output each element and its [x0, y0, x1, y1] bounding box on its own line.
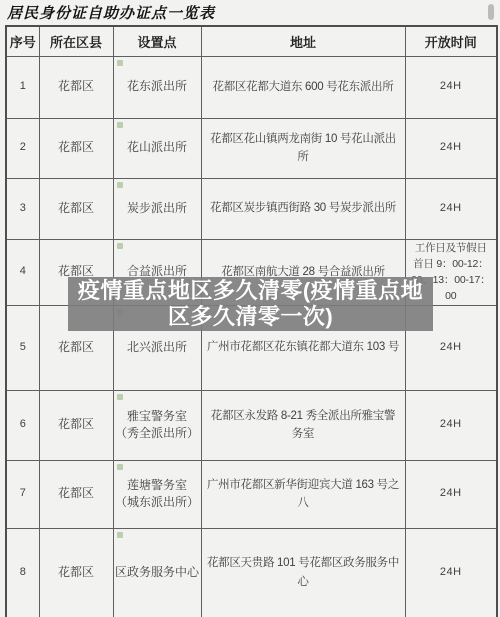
cell-no: 2: [6, 118, 39, 178]
cell-district: 花都区: [39, 390, 113, 460]
watermark-line-1: 疫情重点地区多久清零(疫情重点地: [78, 278, 423, 304]
cell-no: 1: [6, 56, 39, 118]
cell-hours: 24H: [405, 56, 497, 118]
header-hours: 开放时间: [405, 26, 497, 56]
cell-marker-icon: [117, 464, 123, 470]
cell-site-text: 莲塘警务室 （城东派出所）: [115, 478, 199, 509]
scrollbar-thumb-icon[interactable]: [488, 4, 494, 20]
cell-site: 炭步派出所: [113, 178, 201, 239]
cell-hours: 24H: [405, 460, 497, 528]
cell-no: 8: [6, 528, 39, 617]
header-no: 序号: [6, 26, 39, 56]
watermark-line-2: 区多久清零一次): [168, 304, 333, 330]
cell-hours: 24H: [405, 118, 497, 178]
cell-site: 雅宝警务室 （秀全派出所）: [113, 390, 201, 460]
header-site: 设置点: [113, 26, 201, 56]
cell-marker-icon: [117, 122, 123, 128]
cell-site-text: 区政务服务中心: [115, 565, 199, 579]
table-header-row: 序号 所在区县 设置点 地址 开放时间: [6, 26, 497, 56]
table-row: 3 花都区 炭步派出所 花都区炭步镇西街路 30 号炭步派出所 24H: [6, 178, 497, 239]
cell-district: 花都区: [39, 56, 113, 118]
cell-no: 4: [6, 239, 39, 305]
header-district: 所在区县: [39, 26, 113, 56]
cell-site: 花东派出所: [113, 56, 201, 118]
cell-marker-icon: [117, 532, 123, 538]
cell-marker-icon: [117, 243, 123, 249]
cell-hours: 24H: [405, 390, 497, 460]
cell-site: 莲塘警务室 （城东派出所）: [113, 460, 201, 528]
table-row: 6 花都区 雅宝警务室 （秀全派出所） 花都区永发路 8-21 秀全派出所雅宝警…: [6, 390, 497, 460]
cell-address: 广州市花都区新华街迎宾大道 163 号之 八: [201, 460, 405, 528]
cell-address: 花都区天贵路 101 号花都区政务服务中 心: [201, 528, 405, 617]
cell-marker-icon: [117, 182, 123, 188]
cell-district: 花都区: [39, 528, 113, 617]
header-address: 地址: [201, 26, 405, 56]
cell-hours: 24H: [405, 178, 497, 239]
cell-site-text: 雅宝警务室 （秀全派出所）: [115, 409, 199, 440]
cell-address: 花都区炭步镇西街路 30 号炭步派出所: [201, 178, 405, 239]
table-row: 7 花都区 莲塘警务室 （城东派出所） 广州市花都区新华街迎宾大道 163 号之…: [6, 460, 497, 528]
table-row: 2 花都区 花山派出所 花都区花山镇两龙南街 10 号花山派出 所 24H: [6, 118, 497, 178]
cell-address: 花都区花都大道东 600 号花东派出所: [201, 56, 405, 118]
cell-site-text: 花东派出所: [127, 79, 187, 93]
cell-address: 花都区花山镇两龙南街 10 号花山派出 所: [201, 118, 405, 178]
cell-district: 花都区: [39, 118, 113, 178]
cell-address: 花都区永发路 8-21 秀全派出所雅宝警 务室: [201, 390, 405, 460]
table-row: 8 花都区 区政务服务中心 花都区天贵路 101 号花都区政务服务中 心 24H: [6, 528, 497, 617]
cell-hours: 24H: [405, 528, 497, 617]
table-row: 1 花都区 花东派出所 花都区花都大道东 600 号花东派出所 24H: [6, 56, 497, 118]
watermark-banner: 疫情重点地区多久清零(疫情重点地 区多久清零一次): [68, 277, 433, 331]
cell-district: 花都区: [39, 178, 113, 239]
cell-site-text: 炭步派出所: [127, 201, 187, 215]
cell-no: 7: [6, 460, 39, 528]
cell-marker-icon: [117, 60, 123, 66]
page-title: 居民身份证自助办证点一览表: [7, 2, 215, 23]
cell-marker-icon: [117, 394, 123, 400]
cell-no: 6: [6, 390, 39, 460]
cell-no: 5: [6, 305, 39, 390]
page: 居民身份证自助办证点一览表 序号 所在区县 设置点 地址 开放时间 1 花都区 …: [0, 0, 500, 617]
cell-site: 区政务服务中心: [113, 528, 201, 617]
cell-district: 花都区: [39, 460, 113, 528]
cell-no: 3: [6, 178, 39, 239]
cell-site-text: 花山派出所: [127, 140, 187, 154]
cell-site: 花山派出所: [113, 118, 201, 178]
cell-site-text: 北兴派出所: [127, 340, 187, 354]
